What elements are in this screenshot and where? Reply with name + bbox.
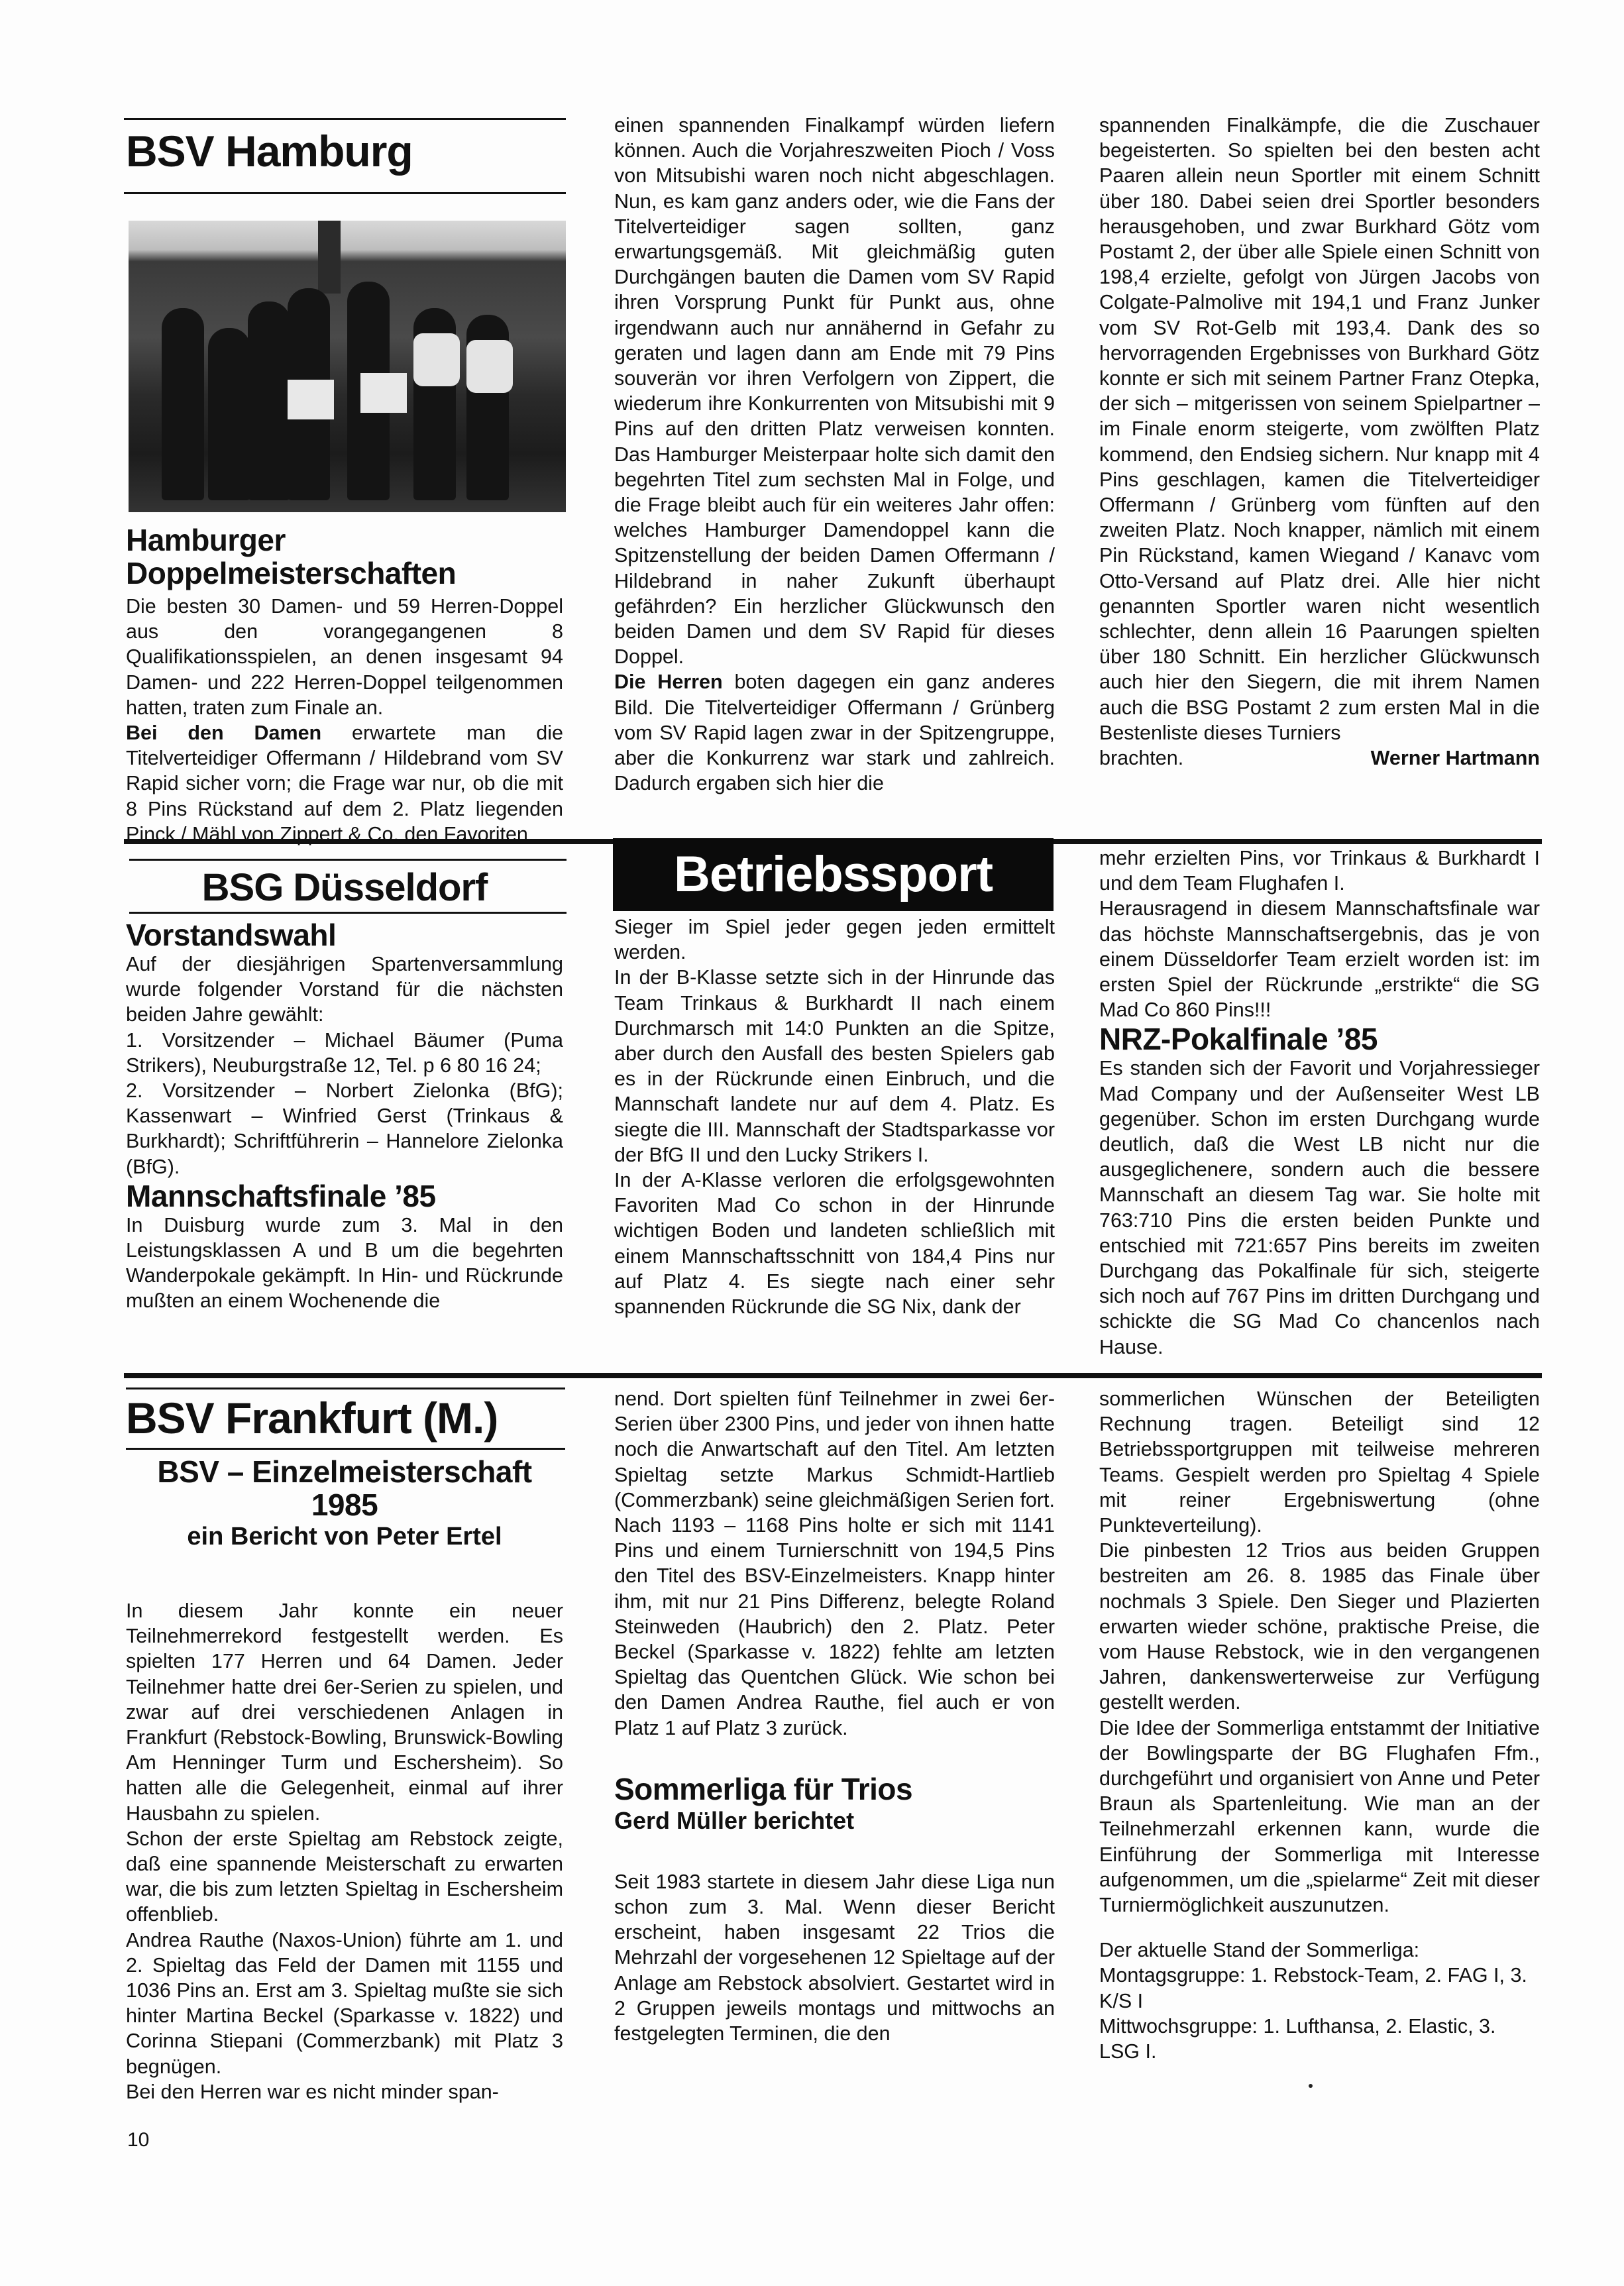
paragraph: In der B-Klasse setzte sich in der Hinru… — [614, 965, 1055, 1168]
paragraph: sommerlichen Wünschen der Beteiligten Re… — [1099, 1386, 1540, 1538]
headline: BSV – Einzelmeisterschaft — [126, 1455, 563, 1488]
standings-monday: Montagsgruppe: 1. Rebstock-Team, 2. FAG … — [1099, 1963, 1540, 2013]
paragraph: Herausragend in diesem Mannschaftsfinale… — [1099, 896, 1540, 1022]
paragraph: 2. Vorsitzender – Norbert Zielonka (BfG)… — [126, 1078, 563, 1179]
headline: Mannschaftsfinale ’85 — [126, 1179, 563, 1213]
divider — [124, 192, 566, 194]
hamburg-title-block: BSV Hamburg — [126, 125, 563, 178]
paragraph: In Duisburg wurde zum 3. Mal in den Leis… — [126, 1213, 563, 1314]
paragraph: In diesem Jahr konnte ein neuer Teilnehm… — [126, 1598, 563, 1826]
paragraph: Bei den Damen erwartete man die Titelver… — [126, 720, 563, 847]
paragraph: spannenden Finalkämpfe, die die Zuschaue… — [1099, 113, 1540, 745]
paragraph: 1. Vorsitzender – Michael Bäumer (Puma S… — [126, 1028, 563, 1078]
paragraph: Auf der diesjährigen Spartenversammlung … — [126, 952, 563, 1028]
hamburg-article-cont: einen spannenden Finalkampf würden liefe… — [614, 113, 1055, 796]
byline: ein Bericht von Peter Ertel — [126, 1521, 563, 1552]
hamburg-article: Hamburger Doppelmeisterschaften Die best… — [126, 523, 563, 847]
duesseldorf-article: Vorstandswahl Auf der diesjährigen Spart… — [126, 918, 563, 1314]
paragraph: Seit 1983 startete in diesem Jahr diese … — [614, 1869, 1055, 2046]
headline: 1985 — [126, 1488, 563, 1521]
frankfurt-article-cont: sommerlichen Wünschen der Beteiligten Re… — [1099, 1386, 1540, 2064]
paragraph: mehr erzielten Pins, vor Trinkaus & Burk… — [1099, 845, 1540, 896]
page-number: 10 — [127, 2129, 149, 2151]
paragraph: einen spannenden Finalkampf würden liefe… — [614, 113, 1055, 669]
section-banner-betriebssport: Betriebssport — [613, 838, 1054, 911]
paragraph: Bei den Herren war es nicht minder span- — [126, 2079, 563, 2104]
duesseldorf-article-cont: mehr erzielten Pins, vor Trinkaus & Burk… — [1099, 845, 1540, 1360]
section-title-hamburg: BSV Hamburg — [126, 125, 563, 178]
paragraph: Sieger im Spiel jeder gegen jeden ermitt… — [614, 914, 1055, 965]
paragraph: Es standen sich der Favorit und Vorjahre… — [1099, 1056, 1540, 1359]
headline: Hamburger — [126, 523, 563, 557]
frankfurt-article: BSV – Einzelmeisterschaft 1985 ein Beric… — [126, 1455, 563, 2104]
duesseldorf-title-block: BSG Düsseldorf — [126, 865, 563, 911]
hamburg-article-cont: spannenden Finalkämpfe, die die Zuschaue… — [1099, 113, 1540, 771]
headline: Sommerliga für Trios — [614, 1772, 1055, 1806]
paragraph: Die pinbesten 12 Trios aus beiden Gruppe… — [1099, 1538, 1540, 1715]
divider — [126, 1388, 565, 1389]
signature-line: brachten.Werner Hartmann — [1099, 745, 1540, 771]
team-photo — [129, 221, 566, 512]
paragraph: Die Idee der Sommerliga entstammt der In… — [1099, 1715, 1540, 1918]
paragraph: Schon der erste Spieltag am Rebstock zei… — [126, 1826, 563, 1928]
author: Werner Hartmann — [1371, 745, 1540, 771]
divider — [124, 118, 566, 120]
print-speck — [1309, 2084, 1313, 2088]
lead-in: Die Herren — [614, 671, 723, 693]
byline: Gerd Müller berichtet — [614, 1806, 1055, 1836]
section-title-duesseldorf: BSG Düsseldorf — [126, 865, 563, 911]
standings-wednesday: Mittwochsgruppe: 1. Lufthansa, 2. Elasti… — [1099, 2014, 1540, 2064]
lead-in: Bei den Damen — [126, 722, 321, 744]
standings-heading: Der aktuelle Stand der Sommerliga: — [1099, 1937, 1540, 1963]
frankfurt-title-block: BSV Frankfurt (M.) — [126, 1391, 563, 1444]
frankfurt-article-cont: nend. Dort spielten fünf Teilnehmer in z… — [614, 1386, 1055, 2046]
divider — [129, 912, 567, 914]
paragraph: Die Herren boten dagegen ein ganz andere… — [614, 669, 1055, 796]
headline: Doppelmeisterschaften — [126, 557, 563, 590]
divider — [129, 859, 567, 861]
headline: NRZ-Pokalfinale ’85 — [1099, 1022, 1540, 1056]
paragraph: In der A-Klasse verloren die erfolgsgewo… — [614, 1168, 1055, 1319]
paragraph: Die besten 30 Damen- und 59 Herren-Doppe… — [126, 594, 563, 720]
paragraph: Andrea Rauthe (Naxos-Union) führte am 1.… — [126, 1928, 563, 2079]
duesseldorf-article-cont: Sieger im Spiel jeder gegen jeden ermitt… — [614, 914, 1055, 1319]
newsletter-page: BSV Hamburg Hamburger Doppelmeisterschaf… — [0, 0, 1624, 2286]
section-divider — [124, 1373, 1542, 1378]
headline: Vorstandswahl — [126, 918, 563, 952]
section-title-frankfurt: BSV Frankfurt (M.) — [126, 1391, 563, 1444]
paragraph: nend. Dort spielten fünf Teilnehmer in z… — [614, 1386, 1055, 1741]
divider — [126, 1448, 565, 1450]
